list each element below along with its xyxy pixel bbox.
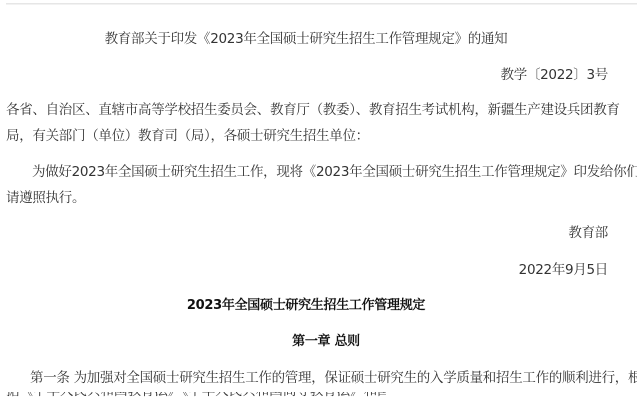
article-1-line-2-clipped: 据《中华人民共和国教育法》《中华人民共和国高等教育法》和国家有关规定，制定本规定… [6,392,386,397]
body-paragraph-line-1: 为做好2023年全国硕士研究生招生工作，现将《2023年全国硕士研究生招生工作管… [32,163,637,181]
document-number: 教学〔2022〕3号 [501,66,608,84]
body-paragraph-line-2: 请遵照执行。 [6,189,85,207]
article-1-line-1: 第一条 为加强对全国硕士研究生招生工作的管理，保证硕士研究生的入学质量和招生工作… [30,369,637,387]
issuer-signature: 教育部 [568,224,608,242]
regulation-title: 2023年全国硕士研究生招生工作管理规定 [6,297,606,315]
addressee-line-1: 各省、自治区、直辖市高等学校招生委员会、教育厅（教委）、教育招生考试机构，新疆生… [6,101,620,119]
notice-title: 教育部关于印发《2023年全国硕士研究生招生工作管理规定》的通知 [6,30,606,48]
top-divider [6,3,637,5]
chapter-title: 第一章 总则 [6,333,637,351]
issue-date: 2022年9月5日 [519,261,608,279]
article-1-line-2-text: 据《中华人民共和国教育法》《中华人民共和国高等教育法》和国家有关规定，制定本规定… [6,392,386,397]
addressee-line-2: 局，有关部门（单位）教育司（局），各硕士研究生招生单位： [6,127,369,145]
